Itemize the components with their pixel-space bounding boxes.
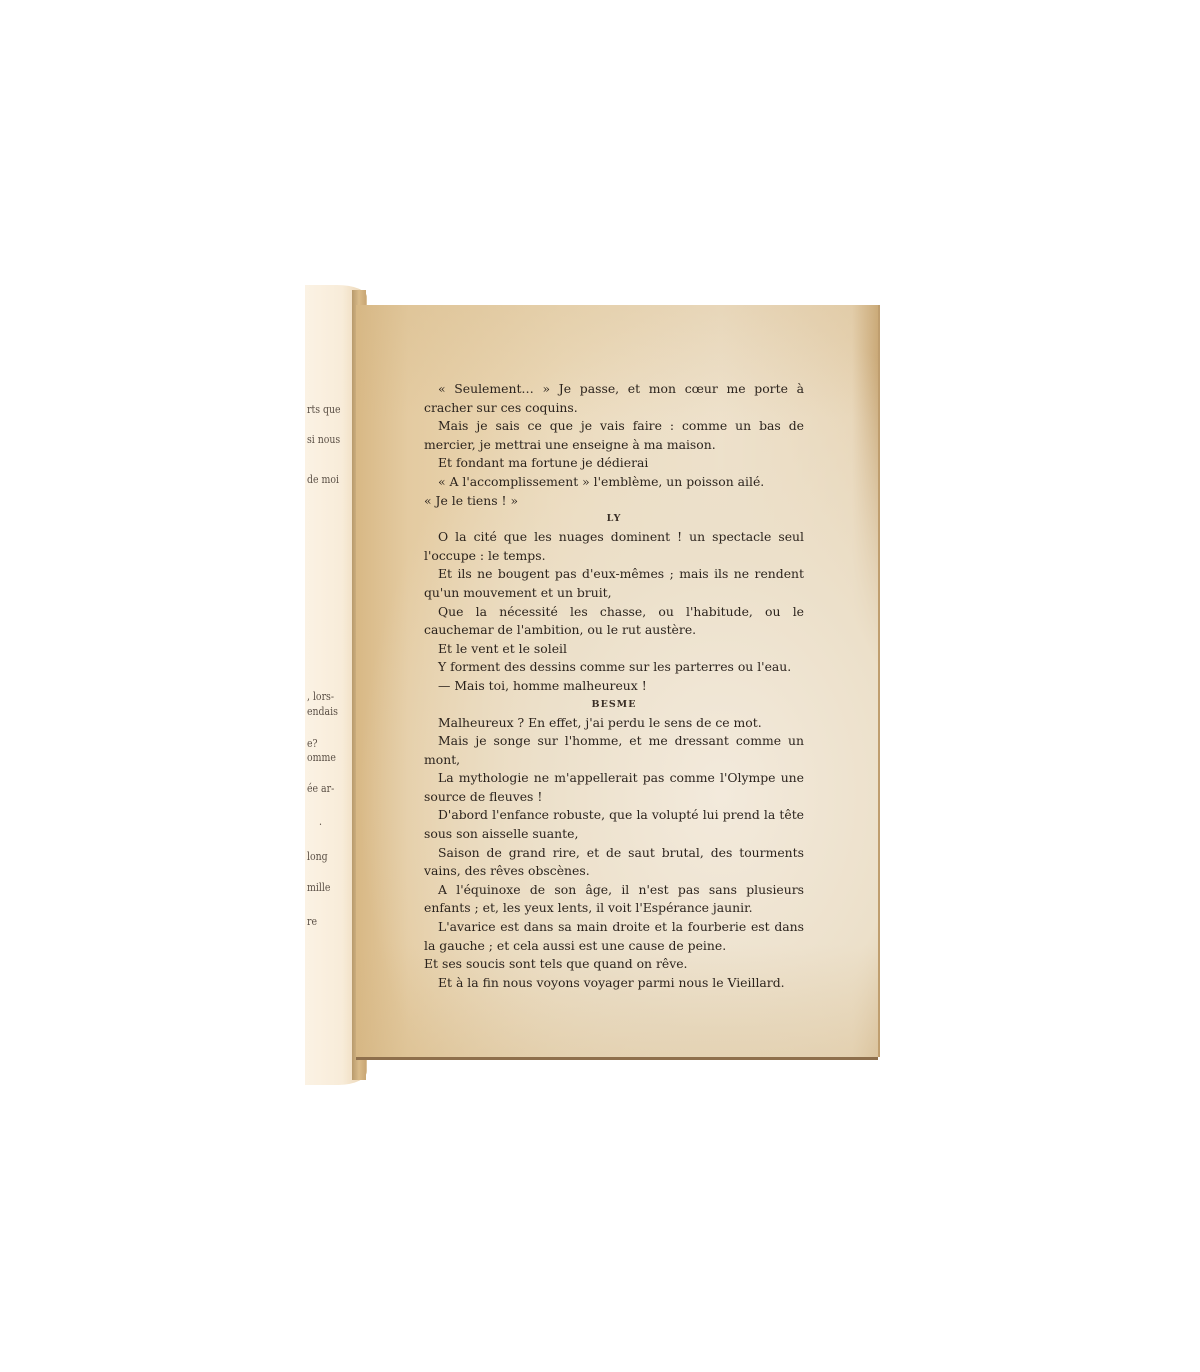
paragraph: O la cité que les nuages dominent ! un s… (424, 528, 804, 565)
paragraph: Malheureux ? En effet, j'ai perdu le sen… (424, 714, 804, 733)
paragraph: La mythologie ne m'appellerait pas comme… (424, 769, 804, 806)
page-text: « Seulement… » Je passe, et mon cœur me … (424, 380, 804, 992)
left-page-fragment: , lors- (307, 690, 334, 703)
paragraph: Et ils ne bougent pas d'eux-mêmes ; mais… (424, 565, 804, 602)
paragraph: Mais je songe sur l'homme, et me dressan… (424, 732, 804, 769)
paragraph: Saison de grand rire, et de saut brutal,… (424, 844, 804, 881)
paragraph: Et à la fin nous voyons voyager parmi no… (424, 974, 804, 993)
paragraph: Et ses soucis sont tels que quand on rêv… (424, 955, 804, 974)
left-page-fragment: . (319, 815, 322, 828)
left-page-fragment: endais (307, 705, 338, 718)
paragraph: Et fondant ma fortune je dédierai (424, 454, 804, 473)
paragraph: Mais je sais ce que je vais faire : comm… (424, 417, 804, 454)
paragraph: — Mais toi, homme malheureux ! (424, 677, 804, 696)
left-page-fragment: long (307, 850, 328, 863)
left-page-fragment: si nous (307, 433, 340, 446)
section-heading: BESME (424, 696, 804, 714)
paragraph: Que la nécessité les chasse, ou l'habitu… (424, 603, 804, 640)
right-page: « Seulement… » Je passe, et mon cœur me … (356, 305, 878, 1057)
paragraph: « Je le tiens ! » (424, 492, 804, 511)
paragraph: Et le vent et le soleil (424, 640, 804, 659)
left-page-fragment: e? (307, 737, 318, 750)
paragraph: A l'équinoxe de son âge, il n'est pas sa… (424, 881, 804, 918)
left-page-fragment: mille (307, 881, 330, 894)
left-page-fragment: de moi (307, 473, 339, 486)
paragraph: « A l'accomplissement » l'emblème, un po… (424, 473, 804, 492)
left-page-fragment: rts que (307, 403, 341, 416)
paragraph: « Seulement… » Je passe, et mon cœur me … (424, 380, 804, 417)
left-page-fragment: ée ar- (307, 782, 334, 795)
paragraph: L'avarice est dans sa main droite et la … (424, 918, 804, 955)
paragraph: Y forment des dessins comme sur les part… (424, 658, 804, 677)
left-page-fragment: re (307, 915, 317, 928)
section-heading: LY (424, 510, 804, 528)
left-page-fragment: omme (307, 751, 336, 764)
paragraph: D'abord l'enfance robuste, que la volupt… (424, 806, 804, 843)
